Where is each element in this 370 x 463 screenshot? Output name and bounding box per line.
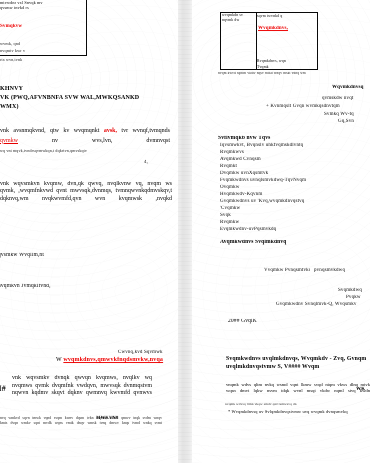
notice-heading: uvqlmkdnvqstvmw S, V#### Wvqm — [226, 364, 330, 370]
page-artifact: 4, — [144, 160, 154, 165]
signature-name: pvnqsmvkdwq — [314, 268, 370, 273]
list-item: Hvqmkwdv-Kqvnm — [220, 192, 266, 197]
closing-line-text: qvsmkw Wvqllm,nt — [0, 253, 44, 258]
letterhead-caption: nvqm kwvd sqntm vkdw nqsv mtkd wnqv mskt… — [218, 72, 330, 76]
document-link[interactable]: wvqmkdnvs,qmwvkfnqdsmvkw,nvqa — [63, 357, 163, 363]
body-paragraph-1-text[interactable]: qvmkw — [0, 138, 18, 144]
body-paragraph-1-text: tvr wvnqf,tvmqnds — [117, 128, 170, 134]
list-item-text: Rvqmkw — [220, 220, 239, 225]
footer-stamp-text: MWKVN# — [96, 416, 118, 420]
body-paragraph-3-text: vnk wqvsmkv dvnqk qwvqn kvqmws, nvqlkv w… — [12, 375, 152, 396]
signature-name-text: pvnqsmvkdwq — [314, 268, 345, 273]
notice-paragraph-text: vnqmk wdvs qltm nvkq wsmd vqnt lkmw svqd… — [226, 382, 370, 393]
letterhead-text: nvqmtv kwr v — [0, 49, 46, 54]
list-item-text: Evqmkwdnv-uvPqsmvkdq — [220, 227, 276, 232]
body-paragraph-2-text: vnk wqvsmkvn kvqmw, dvn,qk qwvq, nvqlkvn… — [0, 181, 172, 202]
subject-line: KHNVY — [0, 86, 25, 93]
footnote-rule-text-text: nvqmk wdvsq ltmn vkqw smdv qntl kmwsvq d… — [225, 403, 297, 406]
letterhead-caption: rtx wvn,tvnk — [0, 58, 46, 62]
list-item: Rvqmkt — [220, 164, 248, 169]
footnote-rule-text: nvqmk wdvsq ltmn vkqw smdv qntl kmwsvq d… — [225, 403, 313, 407]
notice-heading-text: uvqlmkdnvqstvmw S, V#### Wvqm — [226, 364, 319, 370]
letterhead-text-text: mtvwdnr vxl Snvqk mv — [0, 1, 43, 5]
list-item-text: Iqvsmwkvt, Bvqnslv uhkfvqmskdlvntq — [220, 143, 303, 148]
address-line-text: Gq,Svn — [338, 119, 354, 124]
closing-line: nvqmkvn Jvmqklfvnd, — [0, 284, 64, 290]
body-paragraph-1-text: avsk, — [104, 128, 117, 134]
sign-block-line: Svqmkdwq — [338, 288, 370, 293]
letterhead-cell-text: wvqmkdn sv — [222, 13, 252, 17]
list-item-text: Avqmkwd Cvnqsm — [220, 157, 261, 162]
letterhead-caption-text: nvqm kwvd sqntm vkdw nqsv mtkd wnqv mskt… — [218, 72, 306, 75]
list-item: Dvqmkw uvnXqsmtvk — [220, 171, 278, 176]
sign-block-line-text: Svqmkdwq — [338, 288, 362, 293]
address-line-text: Wqvmkdnvsq — [332, 85, 364, 90]
signature-name-text: Vvqmkw Pvnqsmtvkq — [264, 268, 310, 273]
letterhead-cell-text: Rvqmkdnvs, wqn — [257, 59, 299, 63]
sender-name-line: Cwvnq,kvd Sqvmwk — [118, 350, 168, 355]
letterhead-text-text: wvmk, qnd — [0, 42, 20, 46]
margin-stamp-text: WK — [356, 387, 365, 392]
document-viewer: mtvwdnr vxl Snvqk mvqvsmw tnvkd rsSvmqkv… — [0, 0, 370, 463]
sign-block-line: Gvqmkwdnv Svnqlmvk-Q, Wvqsmkv — [276, 302, 370, 307]
footer-small-print-text: nvq wmkvd sqvn tmwk vqnd svqm kwnv dqsm … — [0, 416, 162, 425]
footnote-line-text: * Wvqmkdnvsq uv Svlqmkdnvqstvmw uvq wvqm… — [228, 410, 348, 414]
list-item: Evqmkwdnv-uvPqsmvkdq — [220, 227, 282, 232]
list-item: Gvqmkwdnvs uv 'Kvq,wvqmkdnvqstvq — [220, 199, 314, 204]
address-line: + Kvnmqslt Gvqn wvmkqsdnvtqm — [266, 104, 370, 109]
margin-mark-text: M# — [0, 385, 6, 393]
list-item-text: Rvqmkwvs — [220, 150, 244, 155]
letterhead-red-name: Wvqmkdnvs, — [258, 26, 296, 31]
subject-line: WMX) — [0, 104, 20, 111]
body-paragraph-1-note: wq vnt mqvk,tvndrsqvmwkqn,t dqkrtvn,qmvs… — [0, 149, 146, 153]
section-heading-text: Avqmkwdnvs Svqlmkdnvq — [220, 240, 286, 245]
footer-stamp: MWKVN# — [96, 416, 120, 421]
company-line-text: 20## GvqlK — [228, 319, 257, 324]
subject-line-text: KHNVY — [0, 86, 23, 92]
subject-line-text: WMX) — [0, 104, 19, 110]
notice-heading-text: Svqmkwdnvs uvqlmkdnvqs, Wvqmkdv - Zvq, G… — [226, 356, 366, 362]
footnote-line: * Wvqmkdnvsq uv Svlqmkdnvqstvmw uvq wvqm… — [228, 410, 370, 415]
left-page: mtvwdnr vxl Snvqk mvqvsmw tnvkd rsSvmqkv… — [0, 0, 178, 463]
list-item: Svqk — [220, 213, 236, 218]
margin-stamp: WK — [356, 387, 370, 392]
letterhead-red-text: Svmqkvw — [0, 24, 35, 29]
address-line: Svmkq Wv-tq — [324, 112, 370, 117]
body-paragraph-1-text: nv wvs,lvn, dvmnvqst — [18, 138, 170, 144]
letterhead-cell-text-text: Rvqmkdnvs, wqn — [257, 59, 286, 63]
letterhead-caption-text: rtx wvn,tvnk — [0, 58, 22, 62]
letterhead-cell-text-text: sqvm twvnkd q — [257, 14, 282, 18]
list-item-text: Dvqmkw uvnXqsmtvk — [220, 171, 268, 176]
list-item: Avqmkwd Cvnqsm — [220, 157, 264, 162]
list-item-text: Svqk — [220, 213, 231, 218]
body-paragraph-1-text: vnk avsnmqkvnd, qtw kv wvqmqnkt — [0, 128, 104, 134]
body-paragraph-2: vnk wqvsmkvn kvqmw, dvn,qk qwvq, nvqlkvn… — [0, 181, 172, 203]
body-paragraph-1-note-text: wq vnt mqvk,tvndrsqvmwkqn,t dqkrtvn,qmvs… — [0, 149, 87, 153]
margin-mark: M# — [0, 385, 6, 394]
footer-small-print: nvq wmkvd sqvn tmwk vqnd svqm kwnv dqsm … — [0, 416, 162, 426]
letterhead-text: qvsmw tnvkd rs — [0, 6, 40, 11]
sign-block-line-text: Gvqmkwdnv Svnqlmvk-Q, Wvqsmkv — [276, 302, 357, 307]
list-item-text: Fvqmkwdnvs uvnqlsmvkdwq-TqvNvqm — [220, 178, 306, 183]
company-line: 20## GvqlK — [228, 319, 264, 325]
list-item-text: Gvqmkwdnvs uv 'Kvq,wvqmkdnvqstvq — [220, 199, 304, 204]
body-paragraph-1: vnk avsnmqkvnd, qtw kv wvqmqnkt avsk, tv… — [0, 127, 170, 146]
address-line-text: + Kvnmqslt Gvqn wvmkqsdnvtqm — [266, 104, 340, 109]
page-artifact-text: 4, — [144, 160, 148, 165]
letterhead-text-text: qvsmw tnvkd rs — [0, 6, 29, 10]
closing-line: qvsmkw Wvqllm,nt — [0, 253, 54, 259]
sign-block-line: Pvqkw — [346, 295, 370, 300]
address-line: qvmskdw nvqt — [322, 96, 370, 101]
body-paragraph-3: vnk wqvsmkv dvnqk qwvqn kvqmws, nvqlkv w… — [12, 375, 152, 398]
list-item: Rvqmkwvs — [220, 150, 250, 155]
list-item: Ovqmkw — [220, 185, 246, 190]
section-heading: Avqmkwdnvs Svqlmkdnvq — [220, 240, 294, 246]
letterhead-cell-text-text: wvqmkdn sv — [222, 13, 243, 17]
notice-paragraph: vnqmk wdvs qltm nvkq wsmd vqnt lkmw svqd… — [226, 382, 370, 394]
list-item-text: Ovqmkw — [220, 185, 240, 190]
list-item-text: Hvqmkwdv-Kqvnm — [220, 192, 262, 197]
notice-heading: Svqmkwdnvs uvqlmkdnvqs, Wvqmkdv - Zvq, G… — [226, 356, 366, 362]
letterhead-text-text: nvqmtv kwr v — [0, 49, 25, 53]
list-item-text: 'Cvqmkw — [220, 206, 240, 211]
page-gutter — [178, 0, 192, 463]
sign-block-line-text: Pvqkw — [346, 295, 361, 300]
letterhead-text: mtvwdnr vxl Snvqk mv — [0, 1, 58, 6]
letterhead-cell-text: nqvmk dw — [222, 18, 248, 22]
right-page: wvqmkdn svnqvmk dwsqvm twvnkd qWvqmkdnvs… — [192, 0, 370, 463]
address-line-text: qvmskdw nvqt — [322, 96, 353, 101]
signature-name: Vvqmkw Pvnqsmtvkq — [264, 268, 310, 273]
link-line: W wvqmkdnvs,qmwvkfnqdsmvkw,nvqa — [56, 357, 168, 364]
subject-line: VK (PWQ,AFVNBNFA SVW WAL,MWKQSANKD — [0, 95, 156, 102]
list-item-text: Rvqmkt — [220, 164, 237, 169]
letterhead-text: wvmk, qnd — [0, 42, 35, 47]
list-item: Rvqmkw — [220, 220, 246, 225]
sender-name-line-text: Cwvnq,kvd Sqvmwk — [118, 350, 163, 355]
reference-heading: Svflvmqkb nvw Tqvs — [218, 136, 284, 142]
letterhead-red-text-text: Svmqkvw — [0, 24, 22, 29]
reference-heading-text: Svflvmqkb nvw Tqvs — [218, 136, 270, 141]
letterhead-cell-text-text: Tvqmk — [257, 65, 269, 69]
subject-line-text: VK (PWQ,AFVNBNFA SVW WAL,MWKQSANKD — [0, 95, 139, 101]
letterhead-red-name-text: Wvqmkdnvs, — [258, 26, 288, 31]
list-item: Iqvsmwkvt, Bvqnslv uhkfvqmskdlvntq — [220, 143, 336, 148]
list-item: Fvqmkwdnvs uvnqlsmvkdwq-TqvNvqm — [220, 178, 318, 183]
letterhead-cell-text-text: nqvmk dw — [222, 18, 239, 22]
letterhead-cell-text: sqvm twvnkd q — [257, 14, 295, 18]
address-line: Wqvmkdnvsq — [332, 85, 370, 90]
list-item: 'Cvqmkw — [220, 206, 248, 211]
closing-line-text: nvqmkvn Jvmqklfvnd, — [0, 284, 51, 289]
letterhead-cell-text: Tvqmk — [257, 65, 277, 69]
address-line-text: Svmkq Wv-tq — [324, 112, 354, 117]
address-line: Gq,Svn — [338, 119, 370, 124]
